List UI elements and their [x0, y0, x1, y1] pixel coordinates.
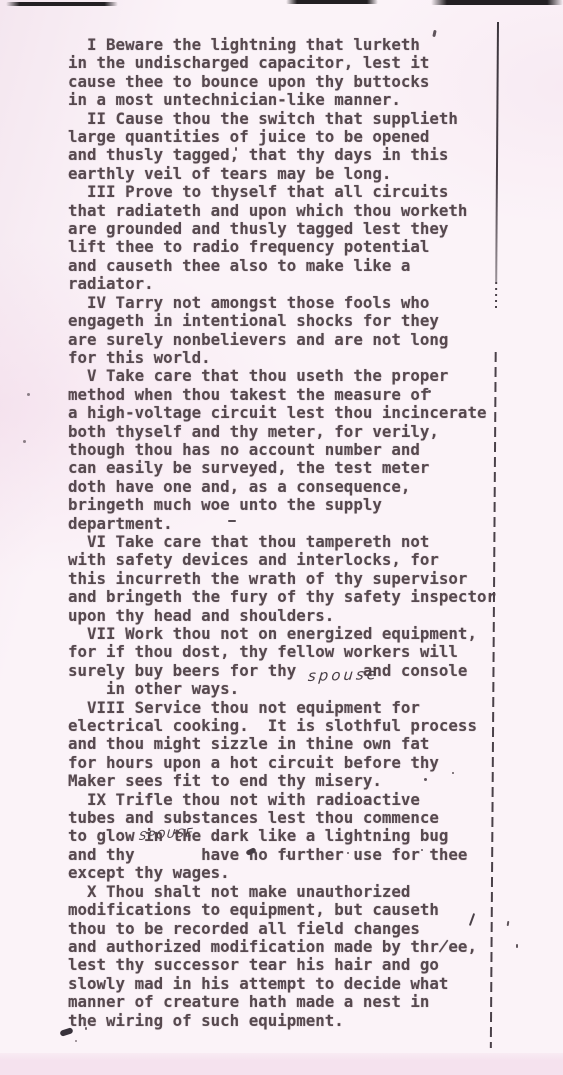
text-line: V Take care that thou useth the proper — [68, 367, 496, 385]
text-line: and authorized modification made by thr̸… — [68, 938, 496, 956]
scan-speck — [507, 921, 510, 926]
text-line: a high-voltage circuit lest thou incince… — [68, 404, 496, 422]
text-line: thou to be recorded all field changes — [68, 920, 496, 938]
text-line: tubes and substances lest thou commence — [68, 809, 496, 827]
text-line: department. — [68, 515, 496, 533]
text-line: lest thy successor tear his hair and go — [68, 956, 496, 974]
scan-speck — [84, 1018, 86, 1022]
scan-speck — [347, 852, 349, 854]
text-line: for hours upon a hot circuit before thy — [68, 754, 496, 772]
text-line: VI Take care that thou tampereth not — [68, 533, 496, 551]
text-line: to glow in the dark like a lightning bug — [68, 827, 496, 845]
text-line: can easily be surveyed, the test meter — [68, 459, 496, 477]
text-line: that radiateth and upon which thou worke… — [68, 202, 496, 220]
text-line: upon thy head and shoulders. — [68, 607, 496, 625]
text-line: in other ways. — [68, 680, 496, 698]
text-line: electrical cooking. It is slothful proce… — [68, 717, 496, 735]
scan-edge-bar — [6, 2, 118, 6]
text-line: doth have one and, as a consequence, — [68, 478, 496, 496]
text-line: and thou might sizzle in thine own fat — [68, 735, 496, 753]
text-line: lift thee to radio frequency potential — [68, 238, 496, 256]
text-line: are grounded and thusly tagged lest they — [68, 220, 496, 238]
text-line: IX Trifle thou not with radioactive — [68, 791, 496, 809]
text-line: and causeth thee also to make like a — [68, 257, 496, 275]
scanner-bed-strip — [0, 1053, 563, 1075]
scan-speck — [75, 1040, 77, 1042]
scan-speck — [516, 944, 518, 948]
text-line: manner of creature hath made a nest in — [68, 993, 496, 1011]
scan-edge-bar — [431, 0, 563, 5]
text-line: large quantities of juice to be opened — [68, 128, 496, 146]
scan-speck — [428, 390, 431, 393]
scan-speck — [27, 393, 30, 396]
text-line: in a most untechnician-like manner. — [68, 91, 496, 109]
text-line: though thou has no account number and — [68, 441, 496, 459]
text-line: bringeth much woe unto the supply — [68, 496, 496, 514]
text-line: and thy have no further use for thee — [68, 846, 496, 864]
text-line: engageth in intentional shocks for they — [68, 312, 496, 330]
text-line: earthly veil of tears may be long. — [68, 165, 496, 183]
scan-edge-bar — [286, 0, 378, 4]
scan-speck — [23, 440, 26, 443]
text-line: cause thee to bounce upon thy buttocks — [68, 73, 496, 91]
text-line: with safety devices and interlocks, for — [68, 551, 496, 569]
scan-speck — [85, 1027, 87, 1030]
scan-speck — [421, 849, 423, 851]
text-line: in the undischarged capacitor, lest it — [68, 54, 496, 72]
text-line: I Beware the lightning that lurketh — [68, 36, 496, 54]
text-line: II Cause thou the switch that supplieth — [68, 110, 496, 128]
handwritten-spouse-annotation-vii: spouse — [307, 665, 379, 685]
text-line: modifications to equipment, but causeth — [68, 901, 496, 919]
text-line: and thusly tagged, that thy days in this — [68, 146, 496, 164]
typed-text: I Beware the lightning that lurkethin th… — [68, 36, 496, 1030]
text-line: are surely nonbelievers and are not long — [68, 331, 496, 349]
text-line: method when thou takest the measure of — [68, 386, 496, 404]
text-line: surely buy beers for thy and console — [68, 662, 496, 680]
scan-speck — [452, 772, 454, 774]
text-line: radiator. — [68, 275, 496, 293]
text-line: III Prove to thyself that all circuits — [68, 183, 496, 201]
text-line: IV Tarry not amongst those fools who — [68, 294, 496, 312]
text-line: VII Work thou not on energized equipment… — [68, 625, 496, 643]
text-line: VIII Service thou not equipment for — [68, 699, 496, 717]
text-line: the wiring of such equipment. — [68, 1012, 496, 1030]
scan-smudge — [59, 1027, 73, 1037]
scan-speck — [286, 855, 288, 857]
text-line: X Thou shalt not make unauthorized — [68, 883, 496, 901]
text-line: both thyself and thy meter, for verily, — [68, 423, 496, 441]
text-line: this incurreth the wrath of thy supervis… — [68, 570, 496, 588]
scan-speck — [228, 520, 236, 522]
text-line: slowly mad in his attempt to decide what — [68, 975, 496, 993]
scan-speck — [235, 147, 237, 151]
text-line: for if thou dost, thy fellow workers wil… — [68, 643, 496, 661]
text-line: and bringeth the fury of thy safety insp… — [68, 588, 496, 606]
text-line: except thy wages. — [68, 864, 496, 882]
text-line: for this world. — [68, 349, 496, 367]
text-line: Maker sees fit to end thy misery. — [68, 772, 496, 790]
scanned-document-page: I Beware the lightning that lurkethin th… — [0, 0, 563, 1075]
scan-speck — [424, 778, 427, 781]
